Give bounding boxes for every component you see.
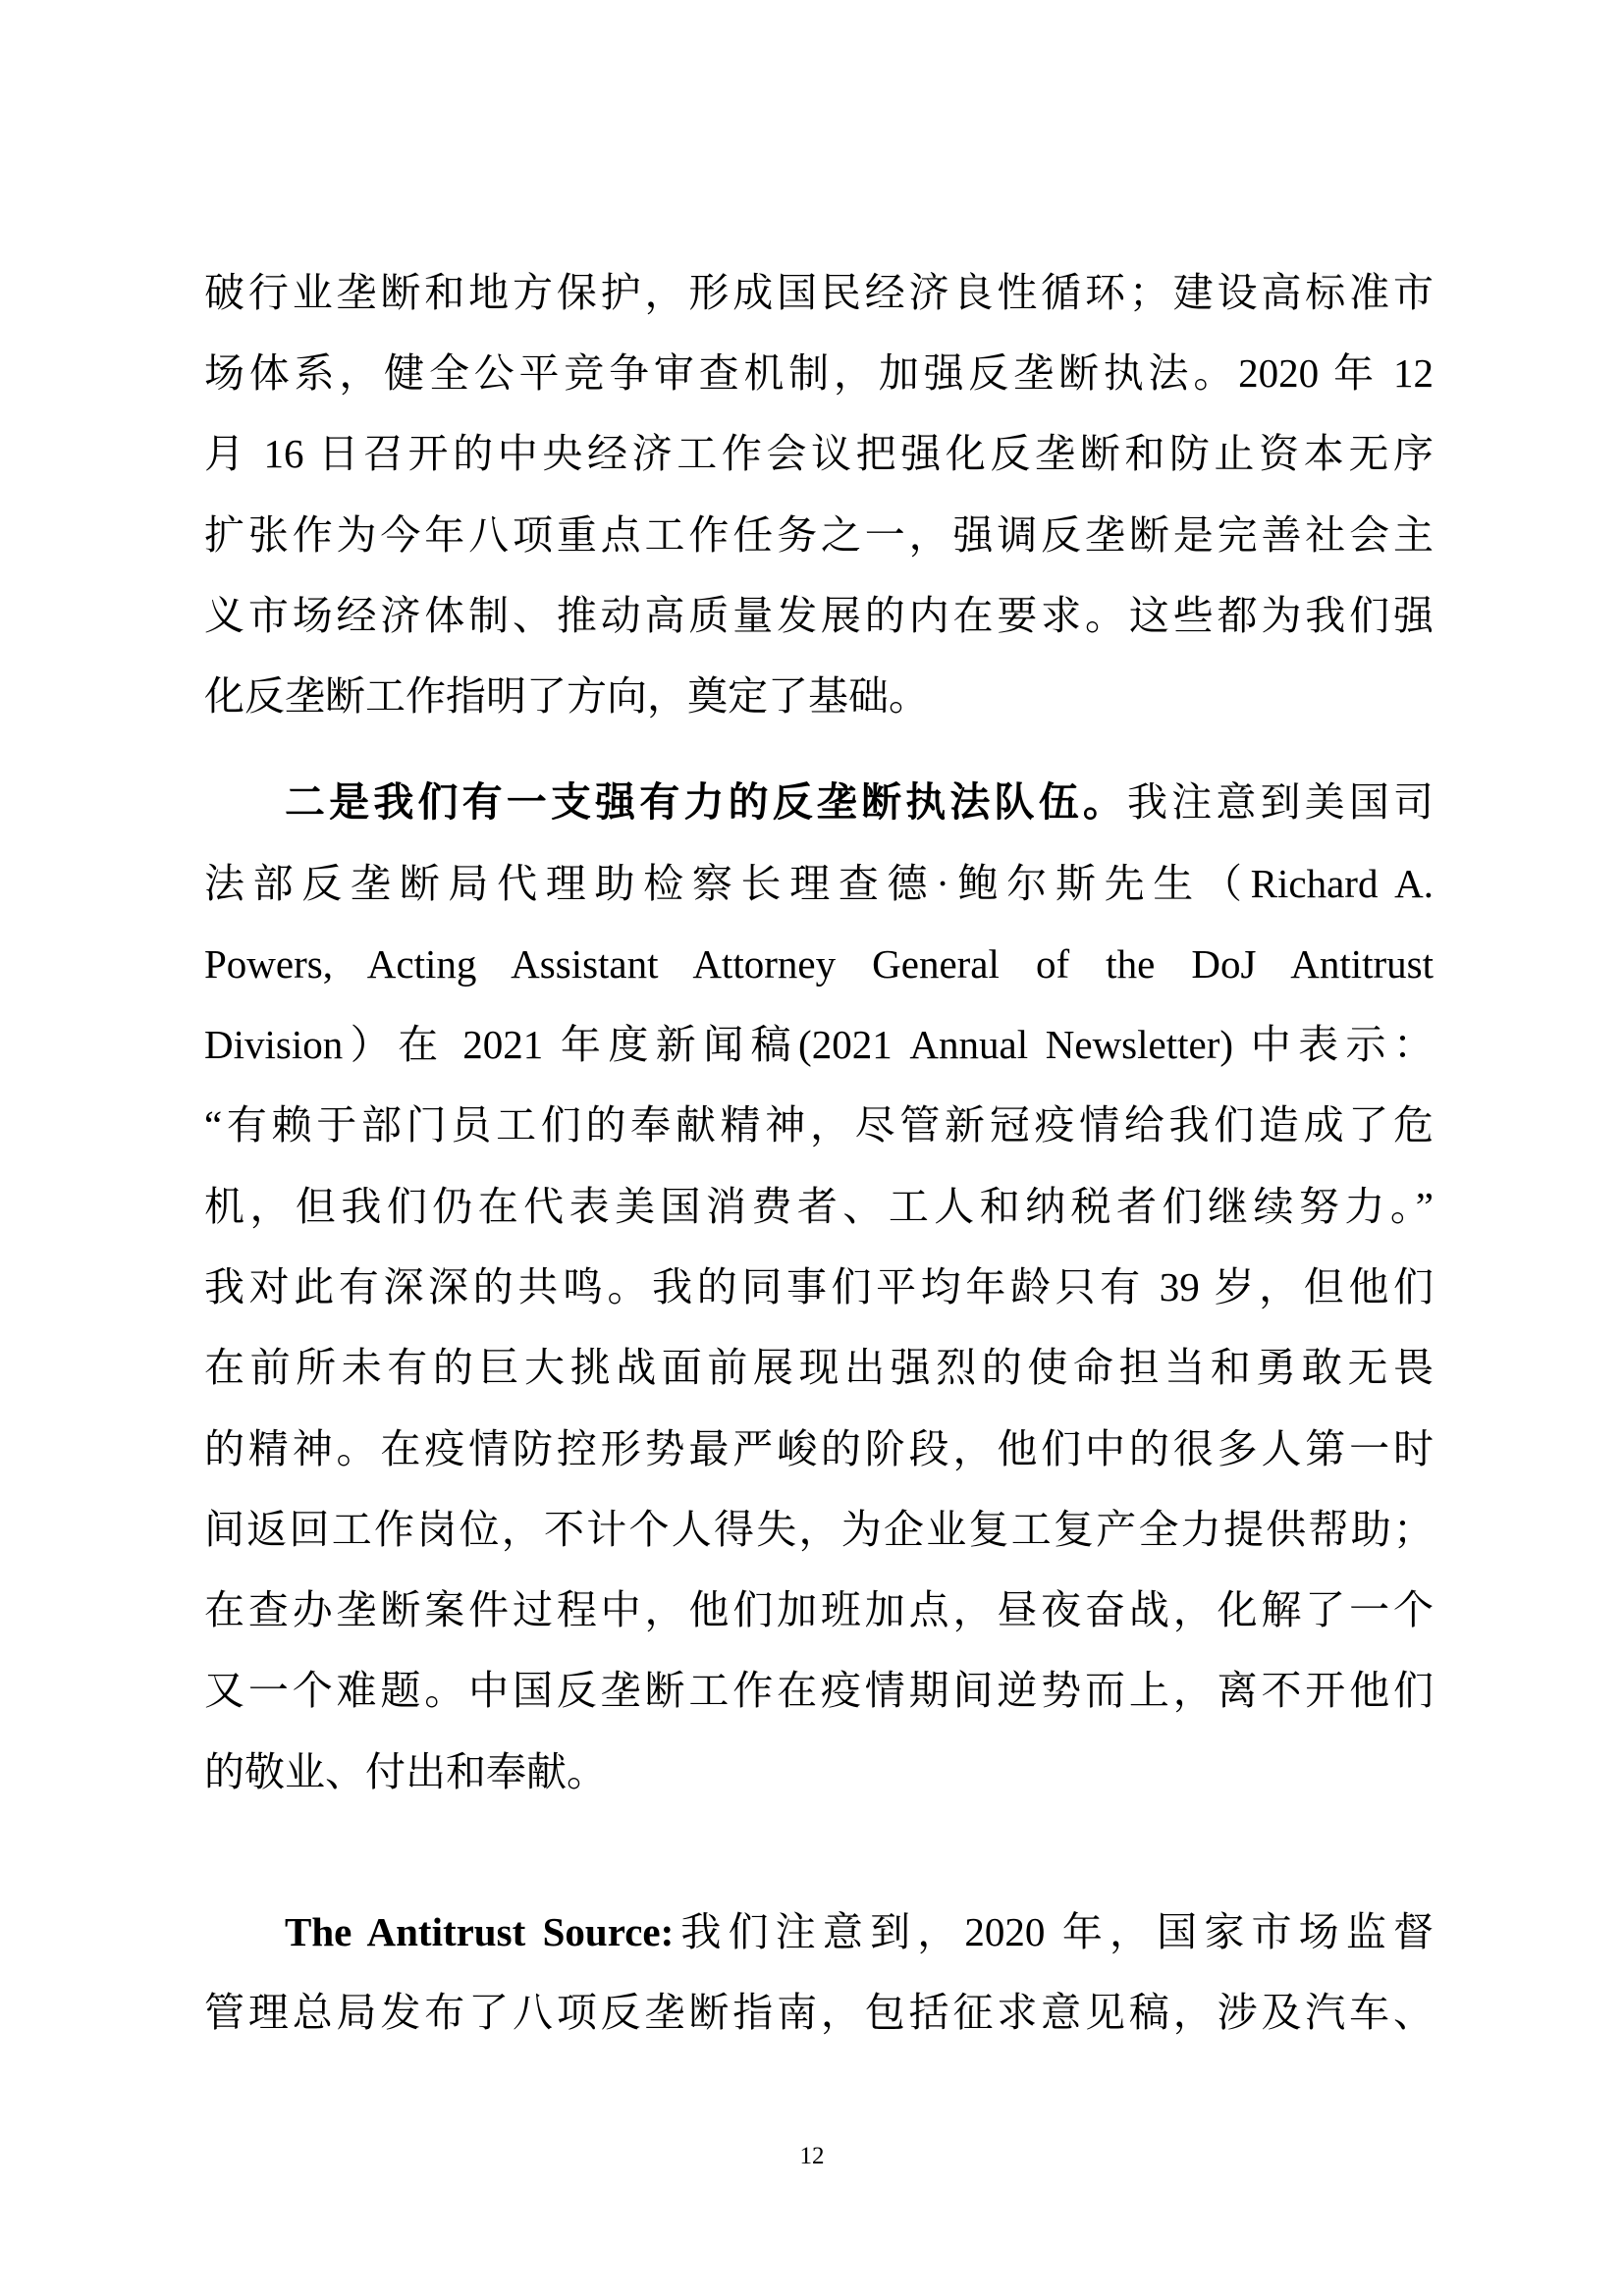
paragraph-3-line-2: 管理总局发布了八项反垄断指南，包括征求意见稿，涉及汽车、 bbox=[204, 1972, 1434, 2053]
paragraph-2-line-9: 的精神。在疫情防控形势最严峻的阶段，他们中的很多人第一时 bbox=[204, 1409, 1434, 1489]
paragraph-2-line-4: Division）在 2021 年度新闻稿(2021 Annual Newsle… bbox=[204, 1004, 1434, 1085]
paragraph-1-line-3: 月 16 日召开的中央经济工作会议把强化反垄断和防止资本无序 bbox=[204, 413, 1434, 494]
paragraph-2-line-7: 我对此有深深的共鸣。我的同事们平均年龄只有 39 岁，但他们 bbox=[204, 1247, 1434, 1327]
paragraph-1-line-1: 破行业垄断和地方保护，形成国民经济良性循环；建设高标准市 bbox=[204, 252, 1434, 333]
paragraph-2-line-3: Powers, Acting Assistant Attorney Genera… bbox=[204, 924, 1434, 1004]
paragraph-2-line-1: 二是我们有一支强有力的反垄断执法队伍。我注意到美国司 bbox=[285, 762, 1434, 842]
paragraph-2-line-6: 机，但我们仍在代表美国消费者、工人和纳税者们继续努力。” bbox=[204, 1166, 1434, 1247]
paragraph-1-line-4: 扩张作为今年八项重点工作任务之一，强调反垄断是完善社会主 bbox=[204, 495, 1434, 575]
paragraph-2-first-line-rest: 我注意到美国司 bbox=[1127, 779, 1434, 825]
paragraph-2-line-13: 的敬业、付出和奉献。 bbox=[204, 1732, 1434, 1812]
paragraph-2-lead-heading: 二是我们有一支强有力的反垄断执法队伍。 bbox=[285, 779, 1127, 825]
paragraph-2-line-10: 间返回工作岗位，不计个人得失，为企业复工复产全力提供帮助； bbox=[204, 1489, 1434, 1570]
paragraph-3-lead-heading: The Antitrust Source: bbox=[285, 1909, 674, 1954]
paragraph-3-line-1: The Antitrust Source:我们注意到，2020 年，国家市场监督 bbox=[285, 1892, 1434, 1972]
paragraph-1-line-2: 场体系，健全公平竞争审查机制，加强反垄断执法。2020 年 12 bbox=[204, 333, 1434, 413]
paragraph-2-line-5: “有赖于部门员工们的奉献精神，尽管新冠疫情给我们造成了危 bbox=[204, 1085, 1434, 1165]
paragraph-1-line-6: 化反垄断工作指明了方向，奠定了基础。 bbox=[204, 656, 1434, 736]
paragraph-2-line-2: 法部反垄断局代理助检察长理查德·鲍尔斯先生（Richard A. bbox=[204, 843, 1434, 924]
paragraph-1-line-5: 义市场经济体制、推动高质量发展的内在要求。这些都为我们强 bbox=[204, 575, 1434, 656]
paragraph-2-line-12: 又一个难题。中国反垄断工作在疫情期间逆势而上，离不开他们 bbox=[204, 1650, 1434, 1731]
paragraph-2-line-8: 在前所未有的巨大挑战面前展现出强烈的使命担当和勇敢无畏 bbox=[204, 1327, 1434, 1408]
document-page: 破行业垄断和地方保护，形成国民经济良性循环；建设高标准市 场体系，健全公平竞争审… bbox=[0, 0, 1624, 2296]
paragraph-2-line-11: 在查办垄断案件过程中，他们加班加点，昼夜奋战，化解了一个 bbox=[204, 1570, 1434, 1650]
paragraph-3-first-line-rest: 我们注意到，2020 年，国家市场监督 bbox=[674, 1909, 1434, 1954]
page-number: 12 bbox=[0, 2142, 1624, 2171]
